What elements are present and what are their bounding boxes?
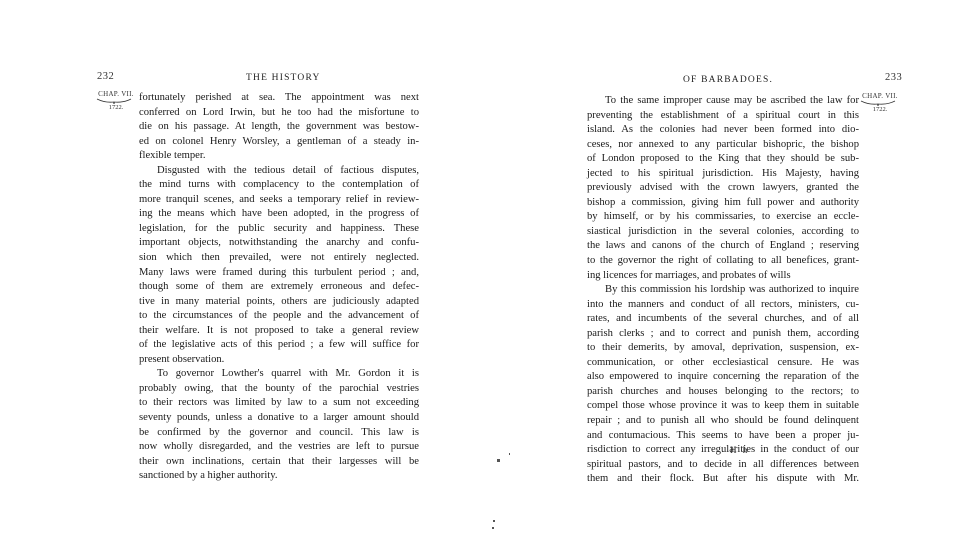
left-page: 232 THE HISTORY CHAP. VII. 1722. fortuna… [0, 0, 490, 540]
text-line: to the governor the right of collating t… [587, 254, 859, 269]
scan-speck [493, 520, 495, 522]
page-number: 232 [97, 71, 114, 82]
text-line: their welfare. It is not proposed to tak… [139, 324, 419, 339]
text-line: now wholly disregarded, and the vestries… [139, 440, 419, 455]
margin-chapter: CHAP. VII. [860, 93, 900, 100]
text-line: probably owing, that the bounty of the p… [139, 382, 419, 397]
text-line: sanctioned by a higher authority. [139, 469, 419, 484]
paragraph: fortunately perished at sea. The appoint… [139, 91, 419, 164]
text-line: to their demerits, by amoval, deprivatio… [587, 341, 859, 356]
text-line: spiritual pastors, and to decide in all … [587, 458, 859, 473]
text-line: to the circumstances of the people and t… [139, 309, 419, 324]
text-line: the mind turns with complacency to the c… [139, 178, 419, 193]
text-line: into the manners and conduct of all rect… [587, 298, 859, 313]
margin-chapter: CHAP. VII. [96, 91, 136, 98]
text-line: Many laws were framed during this turbul… [139, 266, 419, 281]
text-line: them and their flock. But after his disp… [587, 472, 859, 487]
text-line: parish clerks ; and to correct and punis… [587, 327, 859, 342]
text-line: communication, or other ecclesiastical c… [587, 356, 859, 371]
text-line: present observation. [139, 353, 419, 368]
text-line: more tranquil scenes, and seeks a tempor… [139, 193, 419, 208]
text-line: fortunately perished at sea. The appoint… [139, 91, 419, 106]
text-line: rates, and incumbents of the several chu… [587, 312, 859, 327]
text-line: preventing the establishment of a spirit… [587, 109, 859, 124]
text-line: siastical jurisdiction in the several co… [587, 225, 859, 240]
text-line: to their rectors was limited by law to a… [139, 396, 419, 411]
text-line: sion which then prevailed, were not enti… [139, 251, 419, 266]
printer-signature-mark: H h [730, 445, 749, 455]
running-head: OF BARBADOES. [683, 75, 773, 85]
text-line: risdiction to correct any irregularities… [587, 443, 859, 458]
right-page: OF BARBADOES. 233 CHAP. VII. 1722. To th… [490, 0, 980, 540]
scan-speck [492, 527, 494, 529]
page-number: 233 [885, 72, 902, 83]
text-line: ed on colonel Henry Worsley, a gentleman… [139, 135, 419, 150]
text-line: Disgusted with the tedious detail of fac… [139, 164, 419, 179]
text-line: conferred on Lord Irwin, but he too had … [139, 106, 419, 121]
text-line: their own inclinations, certain that the… [139, 455, 419, 470]
paragraph: To the same improper cause may be ascrib… [587, 94, 859, 283]
running-head: THE HISTORY [246, 73, 321, 83]
text-line: repair ; and to punish all who should be… [587, 414, 859, 429]
text-line: island. As the colonies had never been f… [587, 123, 859, 138]
text-line: compel those whose province it was to ke… [587, 399, 859, 414]
margin-year: 1722. [860, 107, 900, 114]
text-line: of the legislative acts of this period ;… [139, 338, 419, 353]
text-line: die on his passage. At length, the gover… [139, 120, 419, 135]
text-line: previously advised with the crown lawyer… [587, 181, 859, 196]
margin-note: CHAP. VII. 1722. [96, 91, 136, 112]
text-line: by himself, or by his commissaries, to e… [587, 210, 859, 225]
text-line: ing licences for marriages, and probates… [587, 269, 859, 284]
text-line: though some of them are extremely errone… [139, 280, 419, 295]
text-line: ing the means which have been adopted, i… [139, 207, 419, 222]
text-line: bishop a commission, giving him full pow… [587, 196, 859, 211]
text-line: tive in many material points, others are… [139, 295, 419, 310]
right-body-text: To the same improper cause may be ascrib… [587, 94, 859, 487]
scan-speck [497, 459, 500, 462]
text-line: parish churches and houses belonging to … [587, 385, 859, 400]
margin-year: 1722. [96, 105, 136, 112]
paragraph: Disgusted with the tedious detail of fac… [139, 164, 419, 368]
paragraph: To governor Lowther's quarrel with Mr. G… [139, 367, 419, 483]
text-line: of London proposed to the King that they… [587, 152, 859, 167]
paragraph: By this commission his lordship was auth… [587, 283, 859, 487]
text-line: jected to his spiritual jurisdiction. Hi… [587, 167, 859, 182]
text-line: the laws and canons of the church of Eng… [587, 239, 859, 254]
left-body-text: fortunately perished at sea. The appoint… [139, 91, 419, 484]
text-line: flexible temper. [139, 149, 419, 164]
text-line: By this commission his lordship was auth… [587, 283, 859, 298]
text-line: be confirmed by the governor and council… [139, 426, 419, 441]
text-line: seventy pounds, unless a donative to a l… [139, 411, 419, 426]
text-line: also empowered to inquire concerning the… [587, 370, 859, 385]
margin-note: CHAP. VII. 1722. [860, 93, 900, 114]
text-line: important objects, notwithstanding the a… [139, 236, 419, 251]
text-line: ceses, nor annexed to any particular bis… [587, 138, 859, 153]
text-line: To the same improper cause may be ascrib… [587, 94, 859, 109]
text-line: To governor Lowther's quarrel with Mr. G… [139, 367, 419, 382]
scan-speck [509, 453, 510, 455]
text-line: legislation, for the public security and… [139, 222, 419, 237]
text-line: and contumacious. This seems to have bee… [587, 429, 859, 444]
